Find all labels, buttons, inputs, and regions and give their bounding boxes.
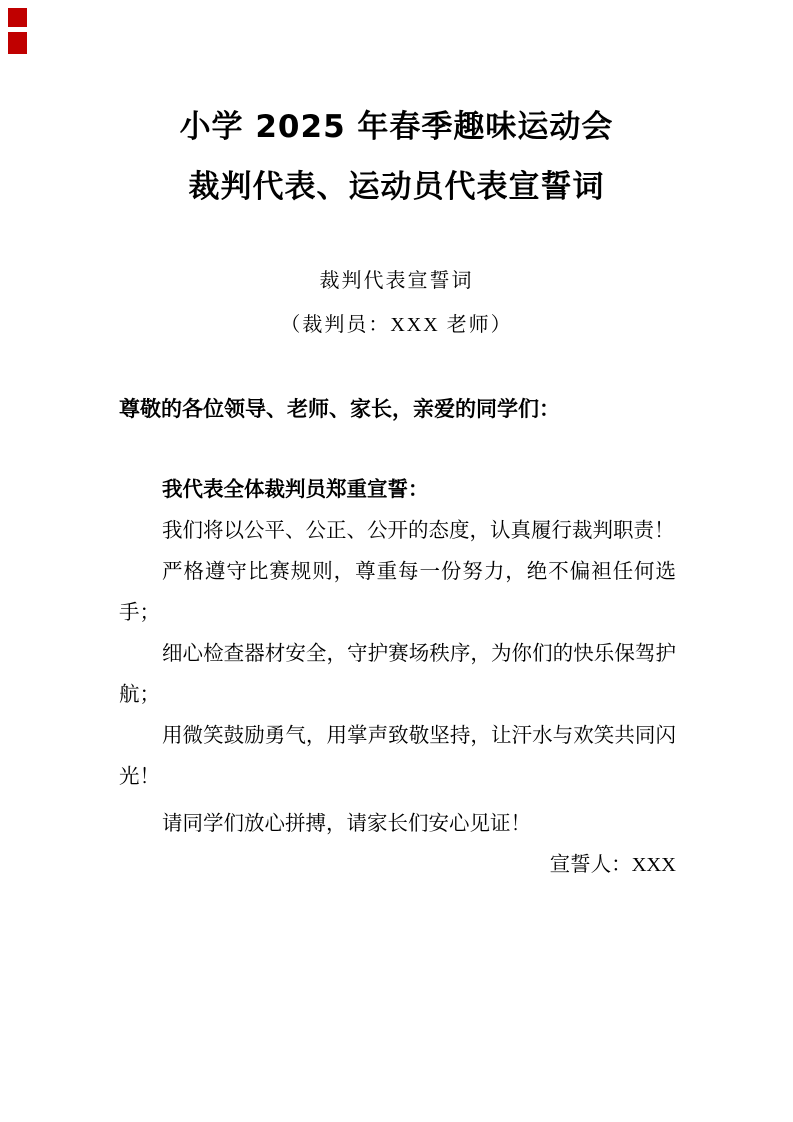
- oath-paragraph: 严格遵守比赛规则，尊重每一份努力，绝不偏袒任何选手；: [119, 552, 676, 634]
- document-title-line-1: 小学 2025 年春季趣味运动会: [0, 97, 793, 157]
- oath-paragraph: 我们将以公平、公正、公开的态度，认真履行裁判职责！: [119, 511, 676, 552]
- signature-line: 宣誓人：XXX: [119, 845, 676, 886]
- oath-body: 我代表全体裁判员郑重宣誓： 我们将以公平、公正、公开的态度，认真履行裁判职责！ …: [119, 470, 676, 886]
- oath-paragraph: 请同学们放心拼搏，请家长们安心见证！: [119, 804, 676, 845]
- red-corner-mark-icon: [8, 32, 27, 54]
- section-heading-block: 裁判代表宣誓词 （裁判员：XXX 老师）: [0, 259, 793, 347]
- oath-paragraph: 细心检查器材安全，守护赛场秩序，为你们的快乐保驾护航；: [119, 634, 676, 716]
- section-heading: 裁判代表宣誓词: [0, 259, 793, 303]
- document-page: 小学 2025 年春季趣味运动会 裁判代表、运动员代表宣誓词 裁判代表宣誓词 （…: [0, 0, 793, 1122]
- salutation: 尊敬的各位领导、老师、家长，亲爱的同学们：: [119, 387, 676, 431]
- red-corner-mark-icon: [8, 8, 27, 27]
- oath-paragraph-lead: 我代表全体裁判员郑重宣誓：: [119, 470, 676, 511]
- document-title-line-2: 裁判代表、运动员代表宣誓词: [0, 157, 793, 217]
- oath-paragraph: 用微笑鼓励勇气，用掌声致敬坚持，让汗水与欢笑共同闪光！: [119, 716, 676, 798]
- title-block: 小学 2025 年春季趣味运动会 裁判代表、运动员代表宣誓词: [0, 0, 793, 217]
- section-subheading: （裁判员：XXX 老师）: [0, 303, 793, 347]
